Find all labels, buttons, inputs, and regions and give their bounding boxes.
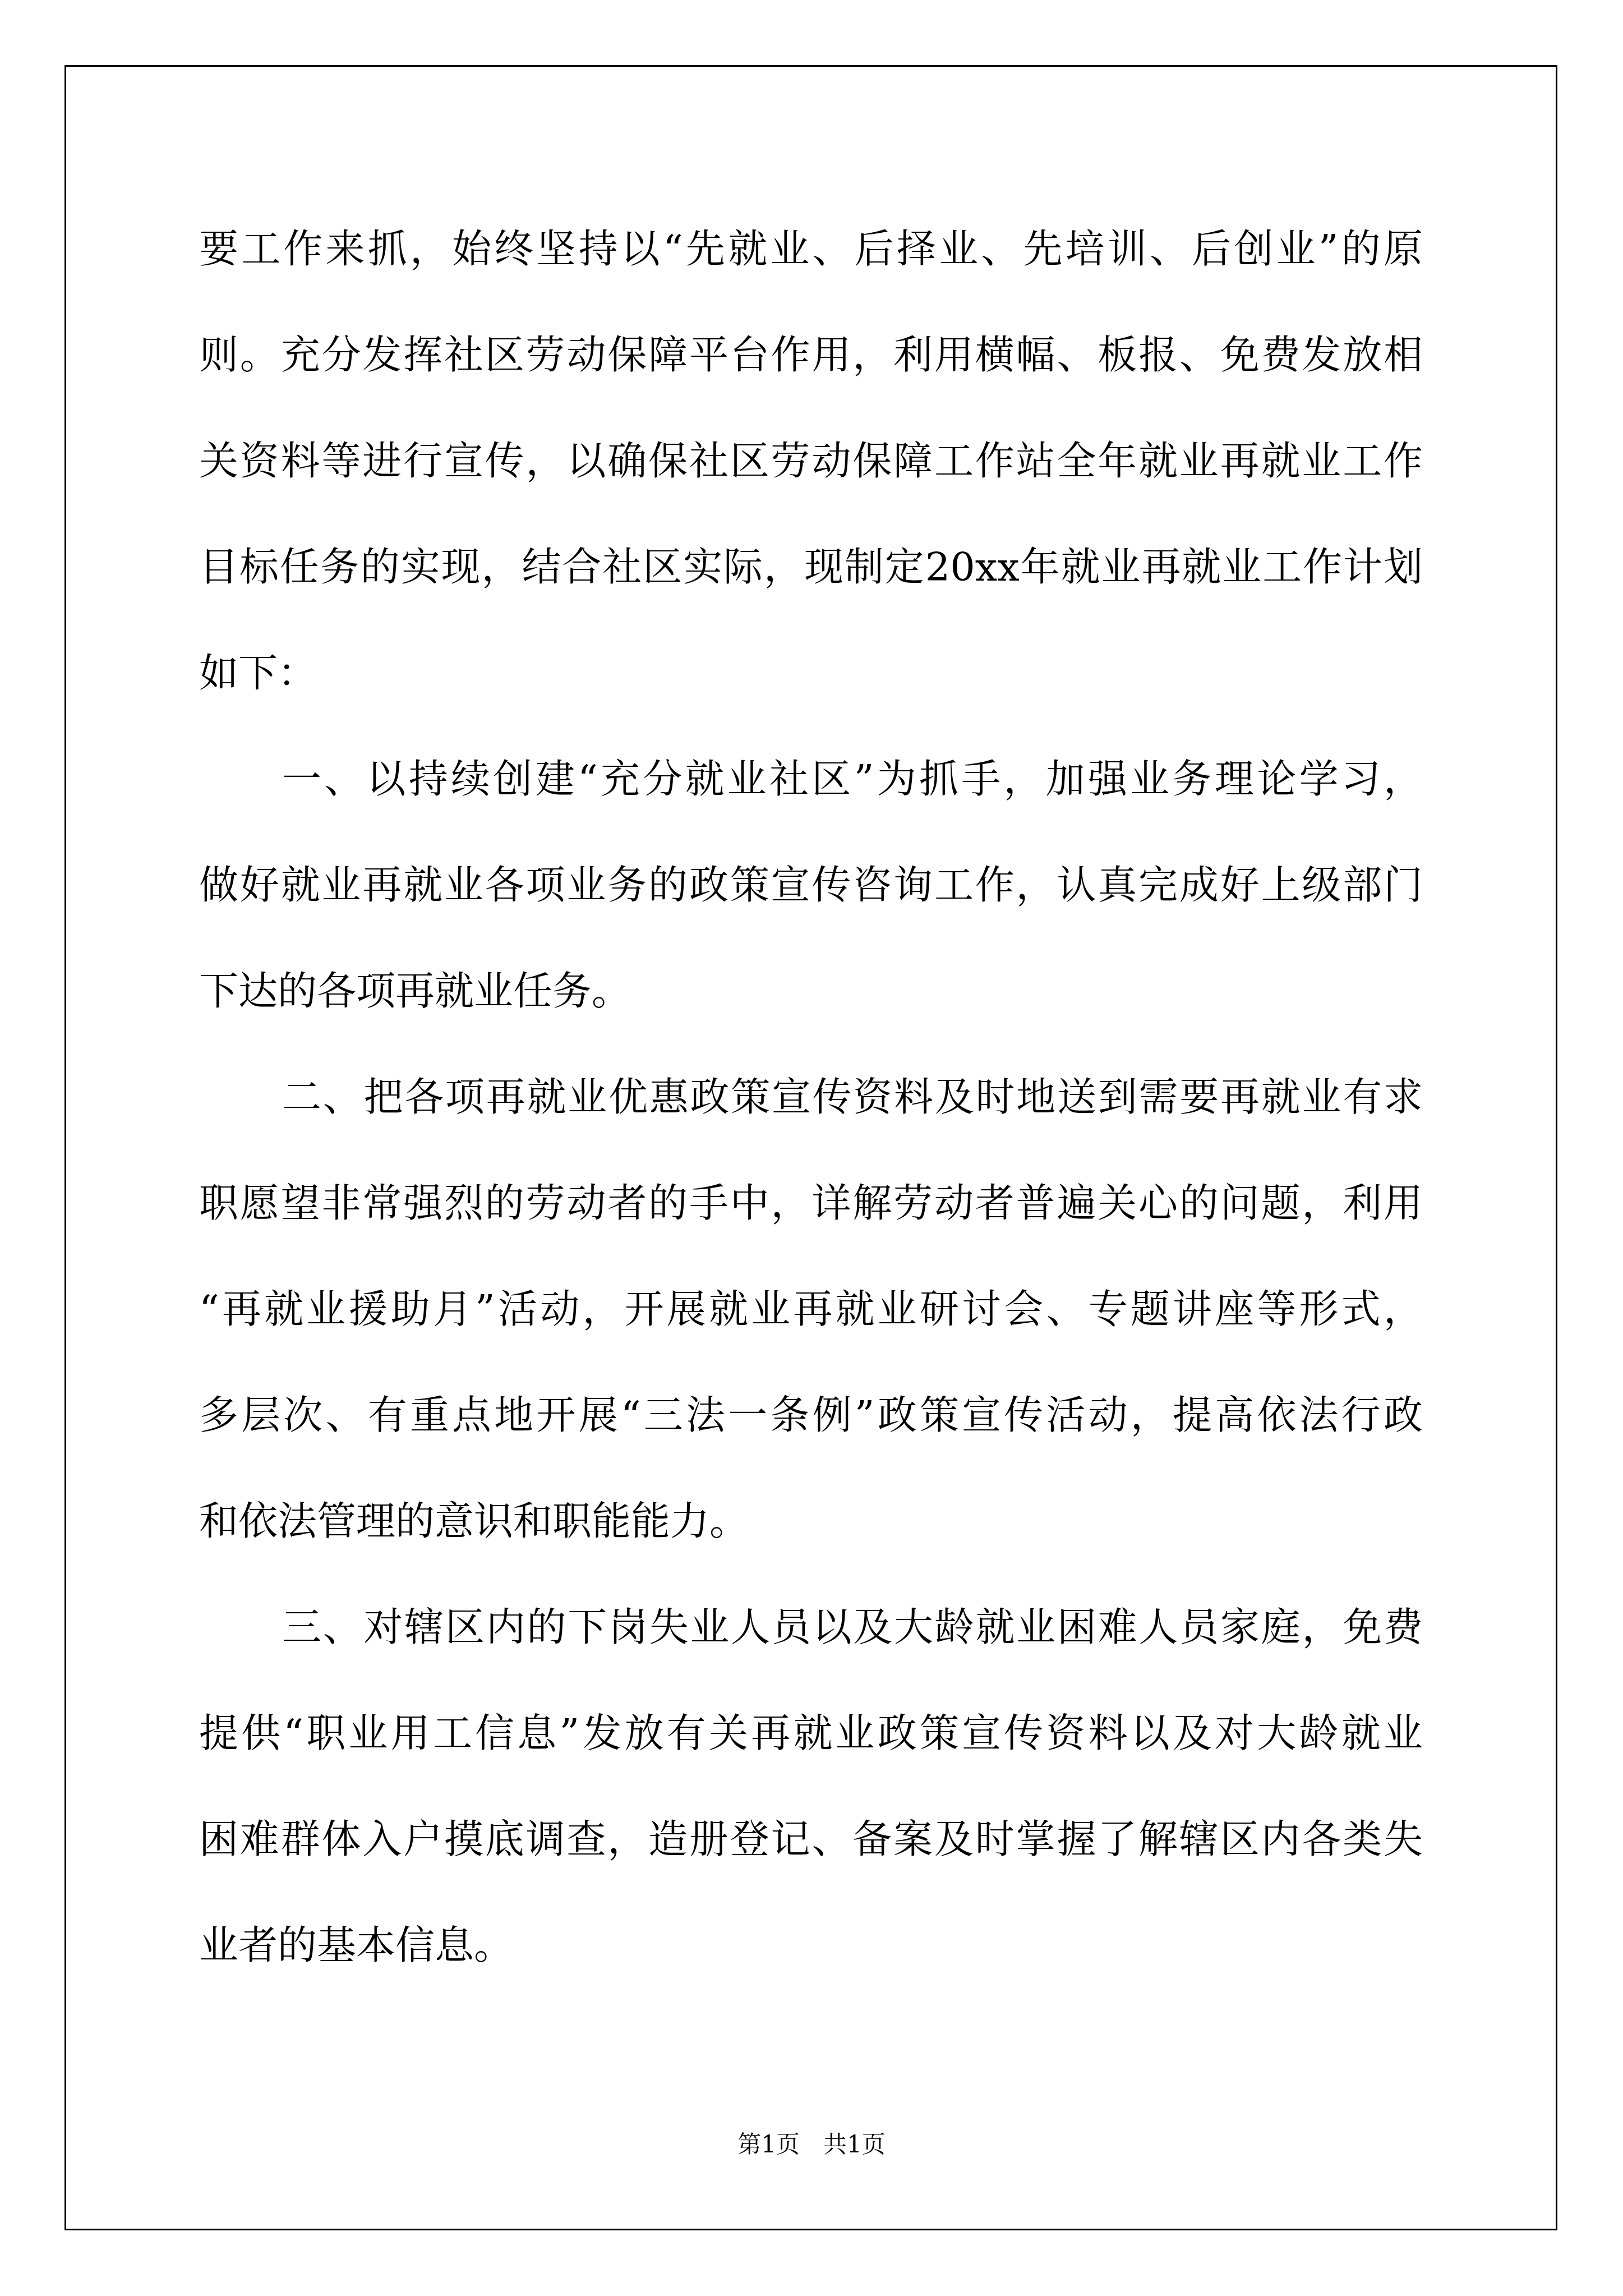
text-line: 多层次、有重点地开展“三法一条例”政策宣传活动，提高依法行政 [199,1363,1423,1469]
text-line: 提供“职业用工信息”发放有关再就业政策宣传资料以及对大龄就业 [199,1681,1423,1787]
text-line: 和依法管理的意识和职能能力。 [199,1469,1423,1575]
text-line: 困难群体入户摸底调查，造册登记、备案及时掌握了解辖区内各类失 [199,1787,1423,1893]
text-line: 职愿望非常强烈的劳动者的手中，详解劳动者普遍关心的问题，利用 [199,1151,1423,1257]
text-line: “再就业援助月”活动，开展就业再就业研讨会、专题讲座等形式， [199,1257,1423,1363]
page-number-footer: 第1页 共1页 [0,2129,1623,2160]
text-line: 一、以持续创建“充分就业社区”为抓手，加强业务理论学习， [199,726,1423,832]
paragraph-item-1: 一、以持续创建“充分就业社区”为抓手，加强业务理论学习， 做好就业再就业各项业务… [199,726,1423,1045]
text-line: 要工作来抓，始终坚持以“先就业、后择业、先培训、后创业”的原 [199,196,1423,302]
text-line: 则。充分发挥社区劳动保障平台作用，利用横幅、板报、免费发放相 [199,302,1423,408]
text-line: 业者的基本信息。 [199,1893,1423,1999]
text-line: 下达的各项再就业任务。 [199,938,1423,1045]
document-body: 要工作来抓，始终坚持以“先就业、后择业、先培训、后创业”的原 则。充分发挥社区劳… [199,196,1423,1999]
paragraph-intro: 要工作来抓，始终坚持以“先就业、后择业、先培训、后创业”的原 则。充分发挥社区劳… [199,196,1423,726]
paragraph-item-3: 三、对辖区内的下岗失业人员以及大龄就业困难人员家庭，免费 提供“职业用工信息”发… [199,1575,1423,1999]
text-line: 关资料等进行宣传，以确保社区劳动保障工作站全年就业再就业工作 [199,408,1423,514]
paragraph-item-2: 二、把各项再就业优惠政策宣传资料及时地送到需要再就业有求 职愿望非常强烈的劳动者… [199,1045,1423,1575]
text-line: 三、对辖区内的下岗失业人员以及大龄就业困难人员家庭，免费 [199,1575,1423,1681]
text-line: 如下： [199,620,1423,726]
text-line: 做好就业再就业各项业务的政策宣传咨询工作，认真完成好上级部门 [199,832,1423,938]
text-line: 目标任务的实现，结合社区实际，现制定20xx年就业再就业工作计划 [199,514,1423,620]
text-line: 二、把各项再就业优惠政策宣传资料及时地送到需要再就业有求 [199,1045,1423,1151]
